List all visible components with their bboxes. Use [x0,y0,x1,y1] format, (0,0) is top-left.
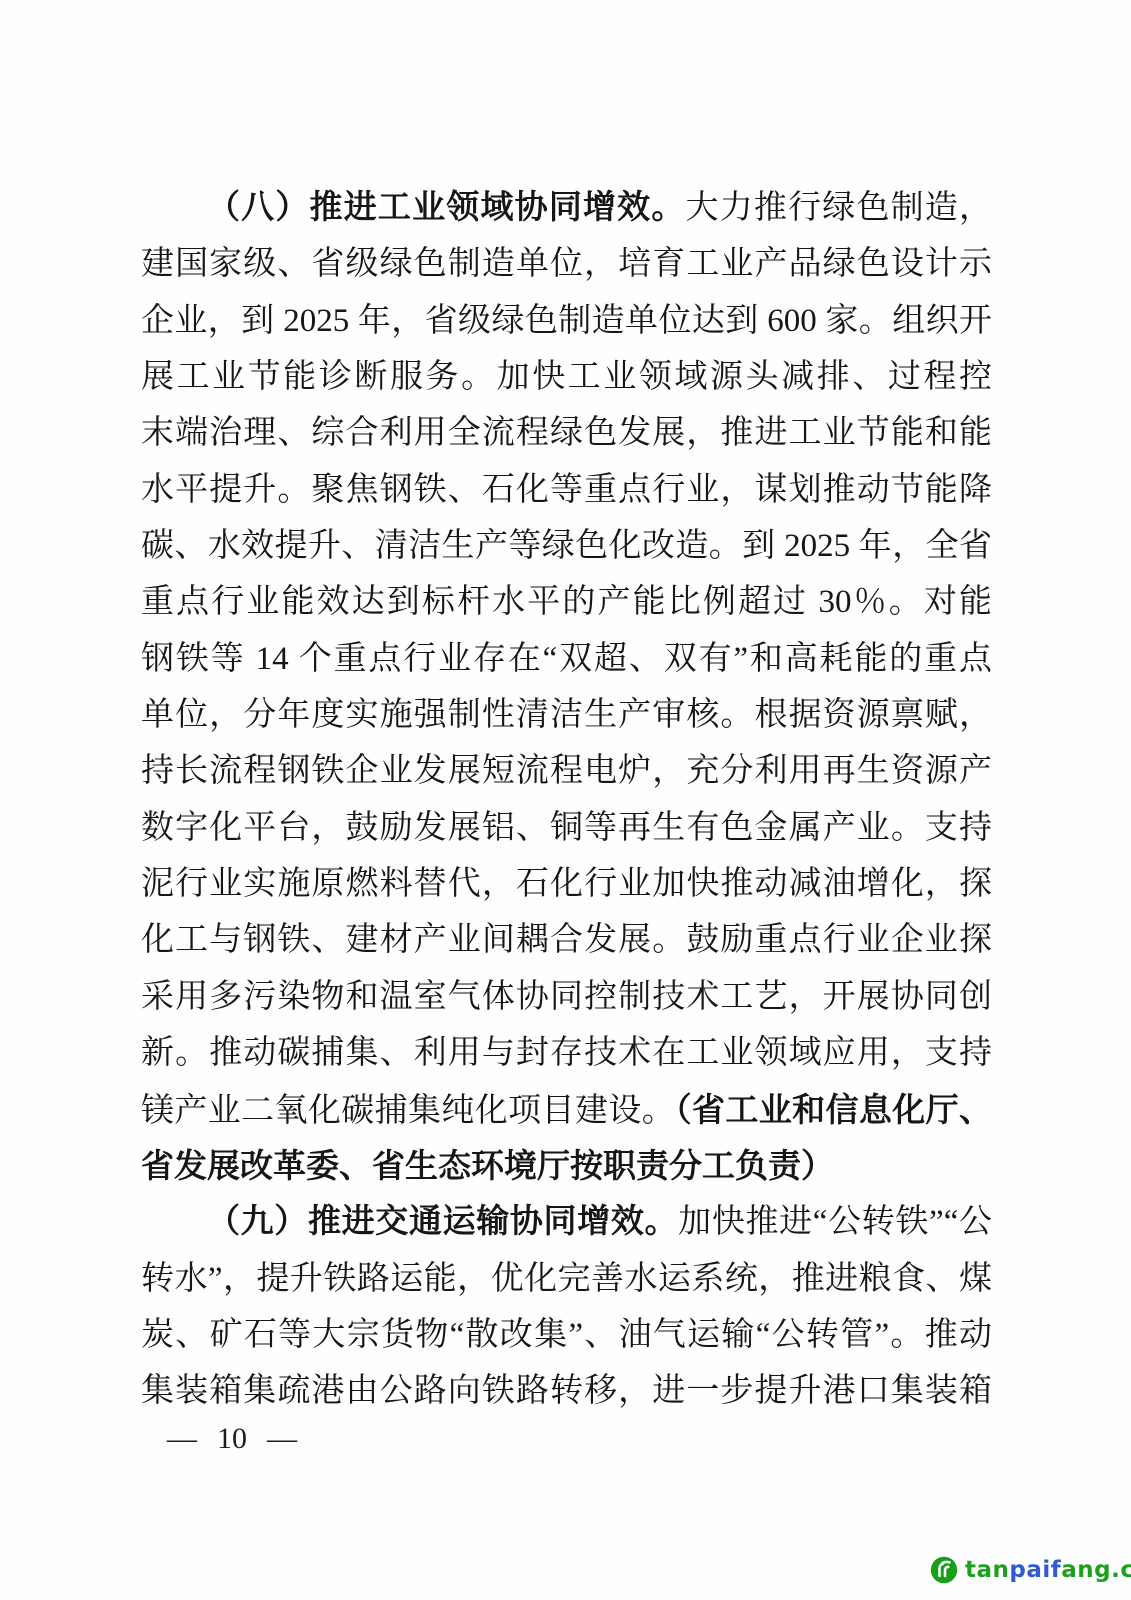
text-line: 单位，分年度实施强制性清洁生产审核。根据资源禀赋，支 [141,687,992,743]
text-segment: 展工业节能诊断服务。加快工业领域源头减排、过程控制、 [141,359,992,405]
text-line: 新。推动碳捕集、利用与封存技术在工业领域应用，支持菱 [141,1025,992,1081]
watermark-text-segment: ang.com [1061,1557,1131,1583]
text-segment: 单位，分年度实施强制性清洁生产审核。根据资源禀赋，支 [141,697,992,743]
watermark-text-segment: paif [1009,1557,1061,1583]
text-line: 持长流程钢铁企业发展短流程电炉，充分利用再生资源产业 [141,743,992,799]
document-body: （八）推进工业领域协同增效。大力推行绿色制造，创建国家级、省级绿色制造单位，培育… [141,180,992,1420]
text-segment: 转水”，提升铁路运能，优化完善水运系统，推进粮食、煤 [141,1261,992,1297]
text-line: 企业，到 2025 年，省级绿色制造单位达到 600 家。组织开 [141,293,992,349]
text-line: 省发展改革委、省生态环境厅按职责分工负责） [141,1138,992,1194]
text-line: 转水”，提升铁路运能，优化完善水运系统，推进粮食、煤 [141,1251,992,1307]
text-segment: 集装箱集疏港由公路向铁路转移，进一步提升港口集装箱多 [141,1373,992,1419]
text-segment: 镁产业二氧化碳捕集纯化项目建设。 [141,1093,675,1129]
watermark-link[interactable]: tanpaifang.com [930,1556,1131,1584]
text-line: 采用多污染物和温室气体协同控制技术工艺，开展协同创 [141,969,992,1025]
text-line: 集装箱集疏港由公路向铁路转移，进一步提升港口集装箱多 [141,1363,992,1419]
text-segment: 泥行业实施原燃料替代，石化行业加快推动减油增化，探索 [141,866,992,912]
page-number: 10 [217,1422,247,1456]
text-segment: 钢铁等 14 个重点行业存在“双超、双有”和高耗能的重点 [141,641,992,677]
text-segment: 采用多污染物和温室气体协同控制技术工艺，开展协同创 [141,979,992,1015]
text-segment-heibold: （省工业和信息化厅、 [675,1090,992,1129]
text-segment: 数字化平台，鼓励发展铝、铜等再生有色金属产业。支持水 [141,810,992,856]
text-segment: 新。推动碳捕集、利用与封存技术在工业领域应用，支持菱 [141,1035,992,1081]
text-line: 末端治理、综合利用全流程绿色发展，推进工业节能和能效 [141,405,992,461]
text-line: 数字化平台，鼓励发展铝、铜等再生有色金属产业。支持水 [141,800,992,856]
footer-dash-left: — [167,1422,197,1456]
text-line: （九）推进交通运输协同增效。加快推进“公转铁”“公 [141,1194,992,1250]
text-segment: 炭、矿石等大宗货物“散改集”、油气运输“公转管”。推动 [141,1317,992,1353]
text-segment: 加快推进“公转铁”“公 [678,1204,992,1240]
text-segment-heibold: 省发展改革委、省生态环境厅按职责分工负责） [141,1146,834,1185]
text-line: 泥行业实施原燃料替代，石化行业加快推动减油增化，探索 [141,856,992,912]
text-segment-bold: （八）推进工业领域协同增效。 [207,190,686,226]
page-footer: — 10 — [167,1422,297,1456]
text-segment: 持长流程钢铁企业发展短流程电炉，充分利用再生资源产业 [141,753,992,799]
document-page: （八）推进工业领域协同增效。大力推行绿色制造，创建国家级、省级绿色制造单位，培育… [0,0,1131,1600]
text-line: 重点行业能效达到标杆水平的产能比例超过 30％。对能源、 [141,574,992,630]
text-line: 炭、矿石等大宗货物“散改集”、油气运输“公转管”。推动 [141,1307,992,1363]
text-segment: 化工与钢铁、建材产业间耦合发展。鼓励重点行业企业探索 [141,922,992,968]
text-line: 水平提升。聚焦钢铁、石化等重点行业，谋划推动节能降 [141,462,992,518]
text-segment: 重点行业能效达到标杆水平的产能比例超过 30％。对能源、 [141,584,992,630]
text-line: 钢铁等 14 个重点行业存在“双超、双有”和高耗能的重点 [141,631,992,687]
text-segment-bold: （九）推进交通运输协同增效。 [207,1204,678,1240]
text-line: 碳、水效提升、清洁生产等绿色化改造。到 2025 年，全省 [141,518,992,574]
text-segment: 企业，到 2025 年，省级绿色制造单位达到 600 家。组织开 [141,303,992,339]
watermark-text: tanpaifang.com [965,1557,1131,1583]
footer-dash-right: — [267,1422,297,1456]
text-segment: 水平提升。聚焦钢铁、石化等重点行业，谋划推动节能降 [141,472,992,508]
tanpaifang-logo-icon [930,1556,958,1584]
text-line: 镁产业二氧化碳捕集纯化项目建设。（省工业和信息化厅、 [141,1082,992,1138]
text-segment: 末端治理、综合利用全流程绿色发展，推进工业节能和能效 [141,415,992,461]
text-line: （八）推进工业领域协同增效。大力推行绿色制造，创 [141,180,992,236]
watermark-text-segment: tan [965,1557,1009,1583]
text-segment: 碳、水效提升、清洁生产等绿色化改造。到 2025 年，全省 [141,528,992,564]
text-line: 化工与钢铁、建材产业间耦合发展。鼓励重点行业企业探索 [141,912,992,968]
text-line: 建国家级、省级绿色制造单位，培育工业产品绿色设计示范 [141,236,992,292]
text-segment: 建国家级、省级绿色制造单位，培育工业产品绿色设计示范 [141,246,992,292]
text-line: 展工业节能诊断服务。加快工业领域源头减排、过程控制、 [141,349,992,405]
